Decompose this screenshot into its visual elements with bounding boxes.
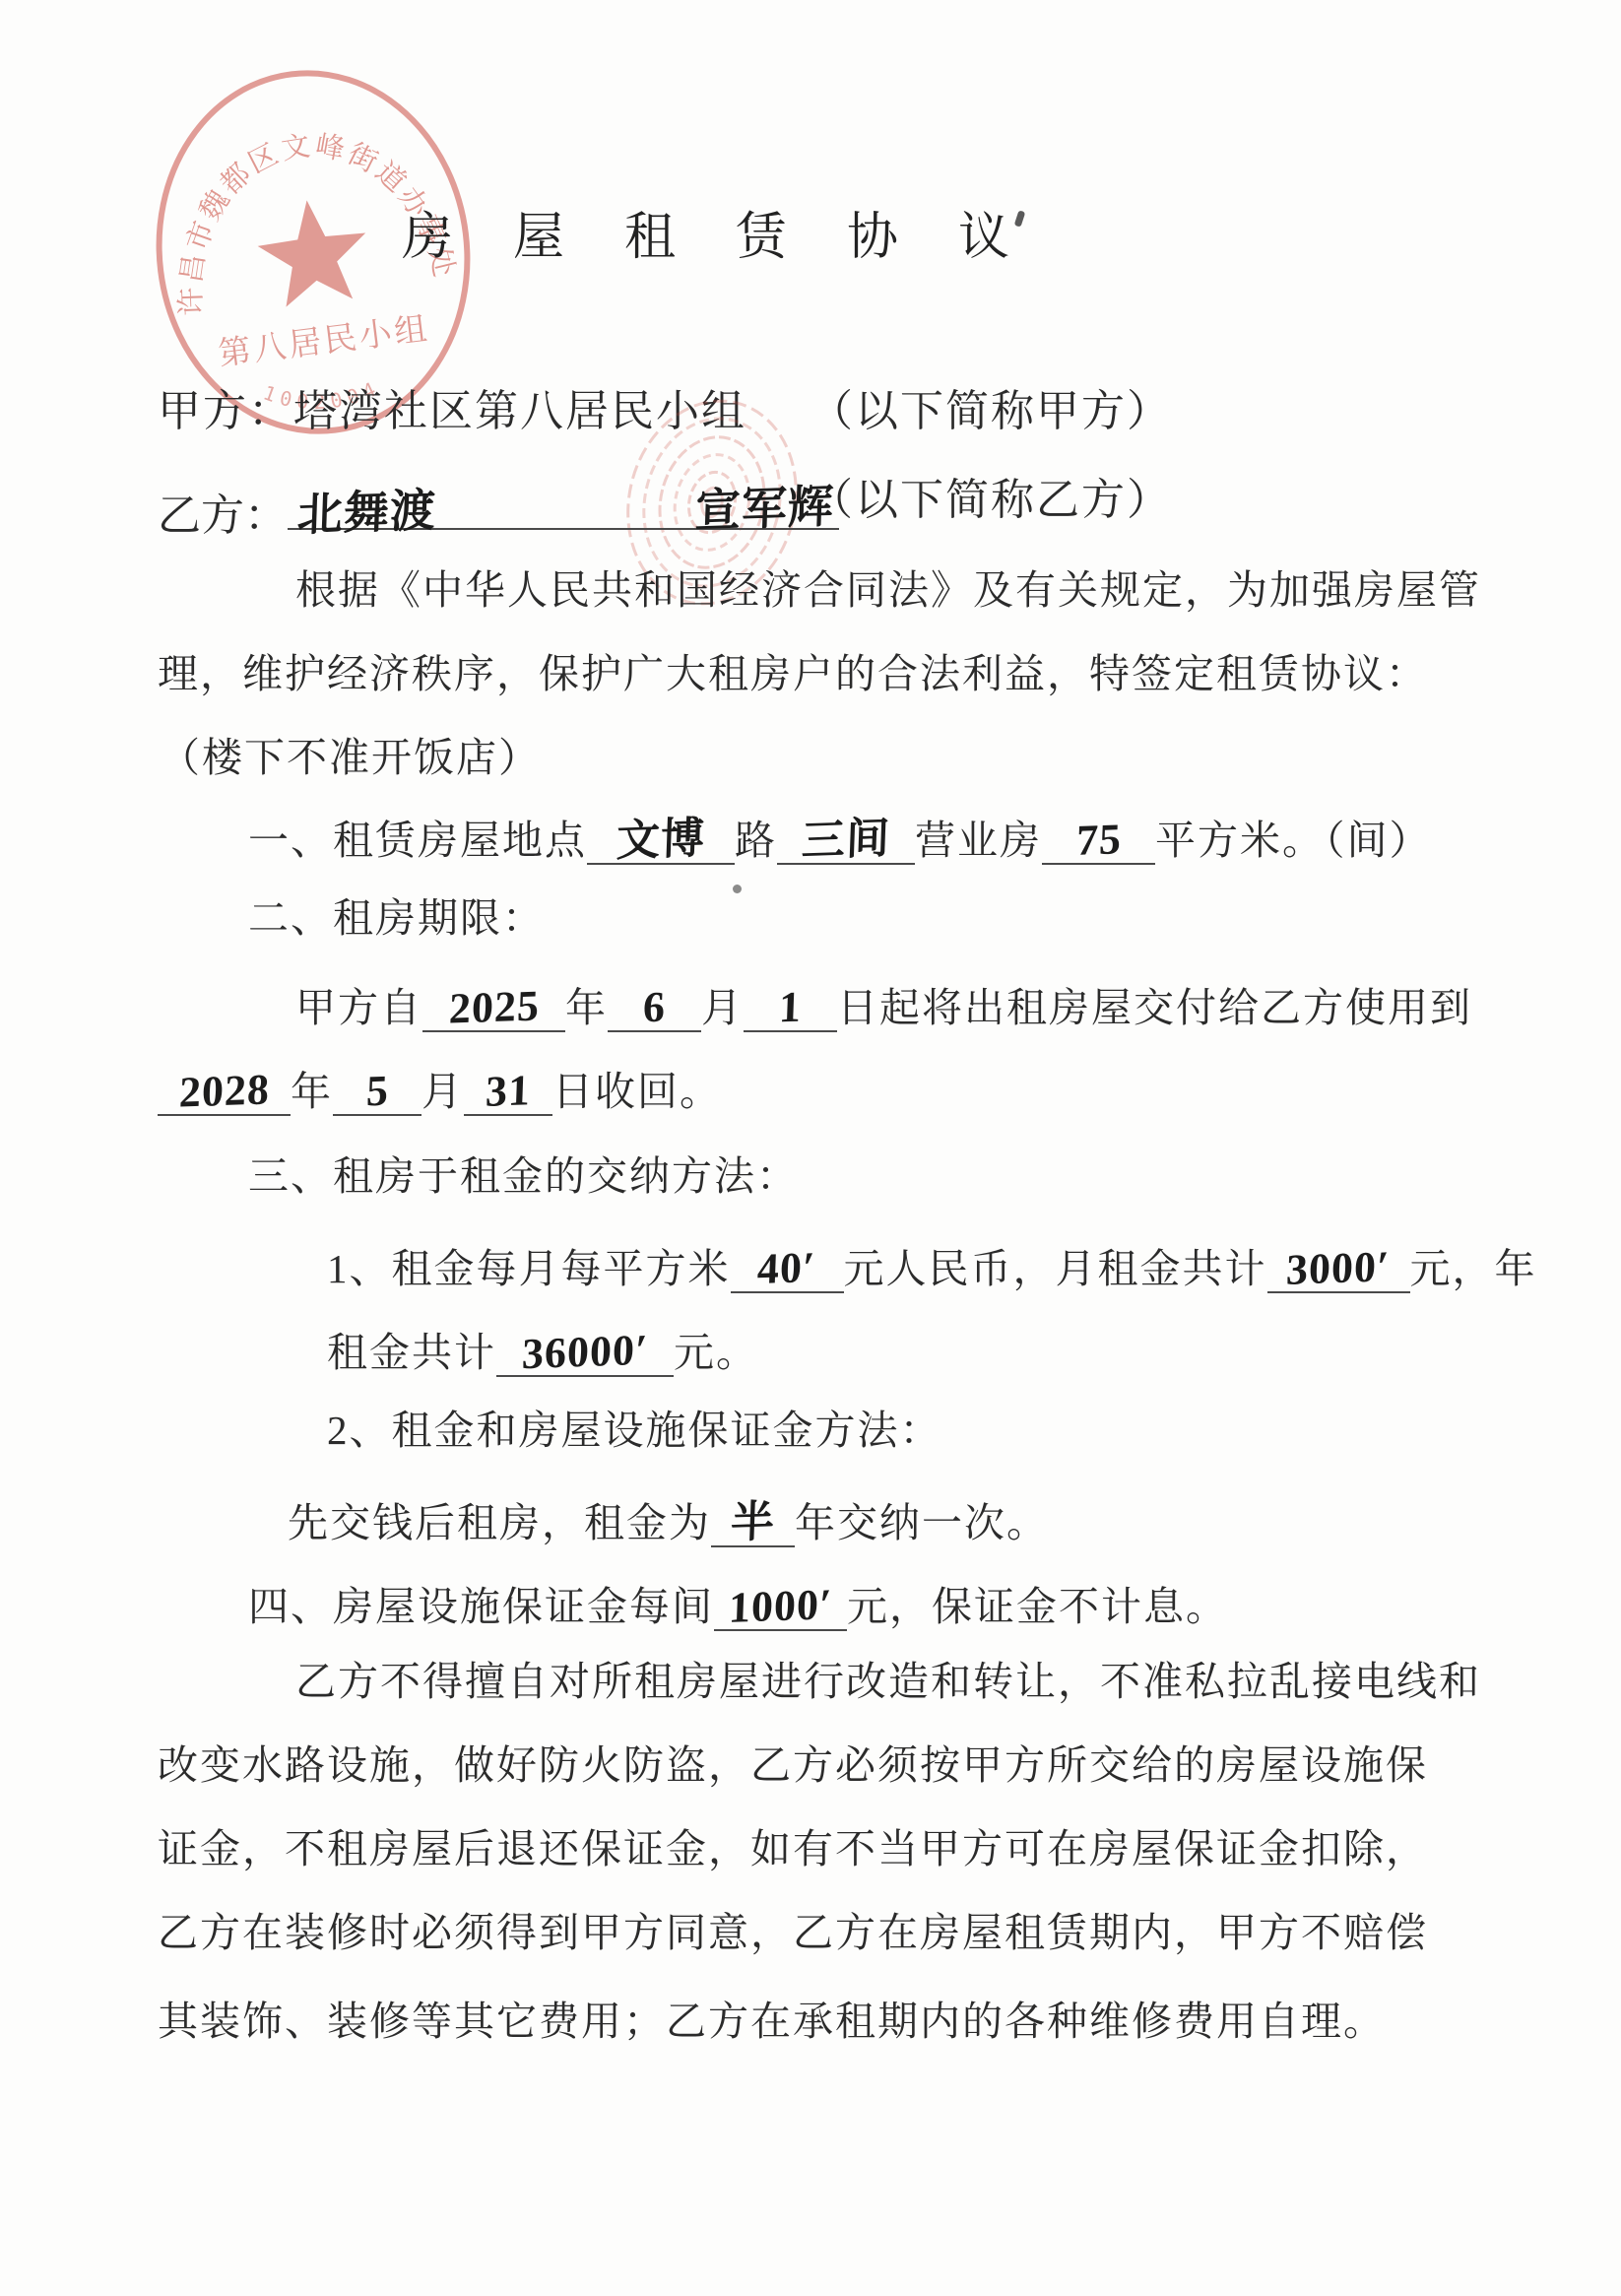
- clause-location-suffix: 平方米。（间）: [1155, 818, 1432, 863]
- end-month-handwriting: 5: [365, 1069, 390, 1115]
- area-handwriting: 75: [1075, 817, 1123, 864]
- party-a-note: （以下简称甲方）: [810, 386, 1172, 438]
- start-year-blank: 2025: [422, 985, 565, 1032]
- monthly-rent-handwriting: 3000′: [1286, 1244, 1392, 1293]
- clause-location-line: 一、租赁房屋地点文博路三间营业房75平方米。（间）: [248, 808, 1432, 866]
- rent-item2-heading: 2、租金和房屋设施保证金方法：: [327, 1407, 942, 1455]
- year-unit: 年: [565, 985, 608, 1030]
- per-sqm-handwriting: 40′: [757, 1245, 817, 1292]
- party-a-label: 甲方：: [158, 387, 293, 435]
- rent-item2-suffix: 年交纳一次。: [795, 1500, 1049, 1545]
- body-line-3: 证金，不租房屋后退还保证金，如有不当甲方可在房屋保证金扣除，: [158, 1825, 1428, 1873]
- street-handwriting: 文博: [616, 816, 706, 864]
- document-title: 房 屋 租 赁 协 议: [402, 195, 1033, 269]
- deposit-blank: 1000′: [714, 1584, 847, 1631]
- start-day-handwriting: 1: [778, 985, 803, 1031]
- end-month-blank: 5: [333, 1069, 421, 1116]
- party-b-label: 乙方：: [158, 492, 288, 540]
- term-end-line: 2028年5月31日收回。: [158, 1059, 722, 1117]
- rent-item1b-line: 租金共计36000′元。: [327, 1320, 758, 1378]
- party-b-line: 乙方：北舞渡宣军辉: [158, 471, 839, 543]
- party-b-place-handwriting: 北舞渡: [296, 474, 437, 544]
- start-month-blank: 6: [608, 985, 701, 1032]
- street-blank: 文博: [587, 818, 735, 865]
- rent-item1-mid: 元人民币，月租金共计: [844, 1246, 1267, 1291]
- end-year-unit: 年: [291, 1069, 333, 1114]
- party-b-note: （以下简称乙方）: [810, 475, 1172, 527]
- preamble-line-1: 根据《中华人民共和国经济合同法》及有关规定，为加强房屋管: [295, 566, 1481, 615]
- deposit-suffix: 元，保证金不计息。: [847, 1584, 1228, 1629]
- clause-location-mid1: 路: [735, 818, 777, 863]
- yearly-rent-blank: 36000′: [496, 1330, 674, 1377]
- stamp-star-icon: [253, 194, 373, 310]
- clause-location-prefix: 一、租赁房屋地点: [248, 818, 587, 863]
- term-start-suffix: 日起将出租房屋交付给乙方使用到: [837, 985, 1472, 1030]
- end-month-unit: 月: [421, 1069, 464, 1114]
- party-b-blank: 北舞渡宣军辉: [288, 471, 839, 530]
- body-line-4: 乙方在装修时必须得到甲方同意，乙方在房屋租赁期内，甲方不赔偿: [158, 1909, 1428, 1957]
- clause-location-mid2: 营业房: [915, 818, 1042, 863]
- rent-item1-line: 1、租金每月每平方米40′元人民币，月租金共计3000′元，年: [327, 1236, 1537, 1294]
- yearly-rent-handwriting: 36000′: [521, 1328, 649, 1378]
- deposit-handwriting: 1000′: [728, 1582, 833, 1631]
- rooms-handwriting: 三间: [801, 816, 891, 864]
- rent-item1-suffix: 元，年: [1410, 1246, 1537, 1291]
- per-sqm-blank: 40′: [731, 1246, 844, 1293]
- rent-item1b-suffix: 元。: [674, 1330, 758, 1375]
- rooms-blank: 三间: [777, 818, 915, 865]
- scanned-contract-page: 许昌市魏都区文峰街道办事处塔湾社区 第八居民小组 1002004 房 屋 租 赁…: [0, 0, 1621, 2296]
- pay-period-blank: 半: [711, 1500, 795, 1547]
- term-start-prefix: 甲方自: [295, 985, 422, 1030]
- monthly-rent-blank: 3000′: [1267, 1246, 1410, 1293]
- clause-rent-heading: 三、租房于租金的交纳方法：: [248, 1152, 799, 1201]
- scan-artifact: [733, 885, 742, 893]
- preamble-line-2: 理，维护经济秩序，保护广大租房户的合法利益，特签定租赁协议：: [158, 650, 1428, 698]
- body-line-5: 其装饰、装修等其它费用；乙方在承租期内的各种维修费用自理。: [158, 1998, 1386, 2046]
- stamp-bottom-label: 第八居民小组: [217, 310, 432, 372]
- month-unit: 月: [701, 985, 744, 1030]
- start-year-handwriting: 2025: [448, 983, 541, 1031]
- end-day-blank: 31: [464, 1069, 552, 1116]
- rent-item1-prefix: 1、租金每月每平方米: [327, 1246, 731, 1291]
- area-blank: 75: [1042, 818, 1155, 865]
- body-line-2: 改变水路设施，做好防火防盗，乙方必须按甲方所交给的房屋设施保: [158, 1741, 1428, 1790]
- pay-period-handwriting: 半: [730, 1499, 776, 1546]
- start-month-handwriting: 6: [642, 985, 667, 1031]
- deposit-prefix: 四、房屋设施保证金每间: [248, 1584, 714, 1629]
- rent-item2-line: 先交钱后租房，租金为半年交纳一次。: [288, 1490, 1049, 1548]
- end-year-handwriting: 2028: [178, 1067, 271, 1115]
- clause-deposit-line: 四、房屋设施保证金每间1000′元，保证金不计息。: [248, 1574, 1228, 1632]
- rent-item2-prefix: 先交钱后租房，租金为: [288, 1500, 711, 1545]
- start-day-blank: 1: [744, 985, 837, 1032]
- clause-term-heading: 二、租房期限：: [248, 894, 545, 943]
- party-b-name-handwriting: 宣军辉: [694, 470, 835, 540]
- term-start-line: 甲方自2025年6月1日起将出租房屋交付给乙方使用到: [295, 975, 1472, 1033]
- end-day-handwriting: 31: [485, 1068, 532, 1115]
- preamble-line-3: （楼下不准开饭店）: [160, 734, 541, 782]
- term-end-suffix: 日收回。: [552, 1069, 722, 1114]
- body-line-1: 乙方不得擅自对所租房屋进行改造和转让，不准私拉乱接电线和: [295, 1658, 1481, 1706]
- rent-item1b-prefix: 租金共计: [327, 1330, 496, 1375]
- end-year-blank: 2028: [158, 1069, 291, 1116]
